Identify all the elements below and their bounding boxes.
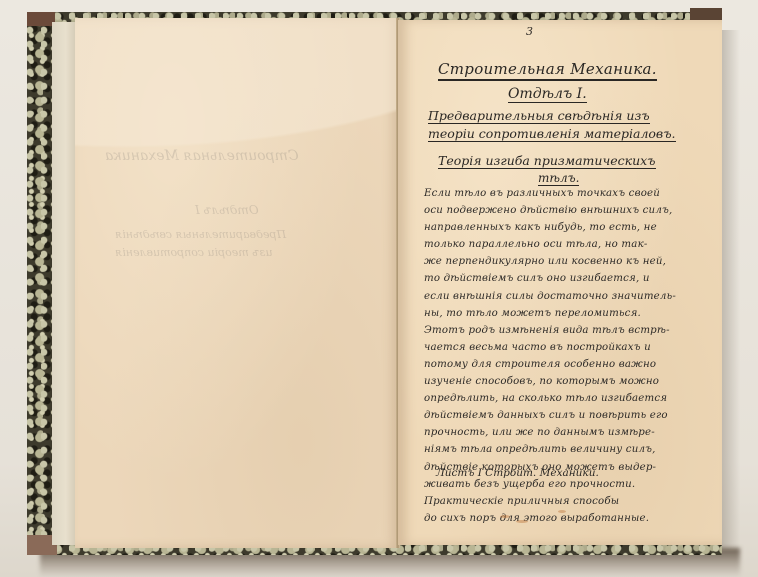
bleed-through-line: изъ теоріи сопротивленія [115, 246, 273, 259]
body-line: Практическіе приличныя способы [424, 493, 714, 510]
page-title: Строительная Механика. [438, 60, 657, 81]
body-line: если внѣшнія силы достаточно значитель- [424, 288, 714, 305]
paper-stain [500, 515, 510, 518]
body-line: чается весьма часто въ постройкахъ и [424, 339, 714, 356]
cover-corner-top-left [27, 12, 55, 26]
body-line: оси подвержено дѣйствію внѣшнихъ силъ, [424, 202, 714, 219]
bleed-through-line: Предварительныя свѣдѣнія [115, 228, 286, 241]
chapter-heading: Теорія изгиба призматическихъ [438, 153, 656, 169]
subtitle-line: теоріи сопротивленія матеріаловъ. [428, 126, 676, 142]
paper-stain [558, 510, 566, 513]
flyleaf-strip [52, 22, 75, 545]
body-line: то дѣйствіемъ силъ оно изгибается, и [424, 270, 714, 287]
page-number: 3 [526, 25, 533, 38]
body-line: направленныхъ какъ нибудь, то есть, не [424, 219, 714, 236]
section-heading: Отдѣлъ I. [508, 86, 587, 103]
body-line: ніямъ тѣла опредѣлить величину силъ, [424, 441, 714, 458]
right-page: 3 Строительная Механика. Отдѣлъ I. Предв… [398, 20, 722, 545]
body-line: дѣйствіемъ данныхъ силъ и повѣрить его [424, 407, 714, 424]
body-line: Если тѣло въ различныхъ точкахъ своей [424, 185, 714, 202]
body-line: только параллельно оси тѣла, но так- [424, 236, 714, 253]
body-line: до сихъ поръ для этого выработанные. [424, 510, 714, 527]
bleed-through-line: Строительная Механика [105, 148, 299, 164]
left-page: Строительная Механика Отдѣлъ I Предварит… [75, 18, 398, 548]
body-line: прочность, или же по даннымъ измѣре- [424, 424, 714, 441]
page-footer: Листъ I Строит. Механики. [436, 467, 599, 479]
body-line: изученіе способовъ, по которымъ можно [424, 373, 714, 390]
book-side-shadow [722, 30, 740, 550]
body-line: же перпендикулярно или косвенно къ ней, [424, 253, 714, 270]
bleed-through-line: Отдѣлъ I [195, 203, 259, 217]
body-line: ны, то тѣло можетъ переломиться. [424, 305, 714, 322]
paper-stain [516, 520, 528, 523]
subtitle-line: Предварительныя свѣдѣнія изъ [428, 108, 650, 124]
chapter-heading: тѣлъ. [538, 171, 579, 186]
body-line: опредѣлить, на сколько тѣло изгибается [424, 390, 714, 407]
body-line: потому для строителя особенно важно [424, 356, 714, 373]
body-line: Этотъ родъ измѣненія вида тѣлъ встрѣ- [424, 322, 714, 339]
